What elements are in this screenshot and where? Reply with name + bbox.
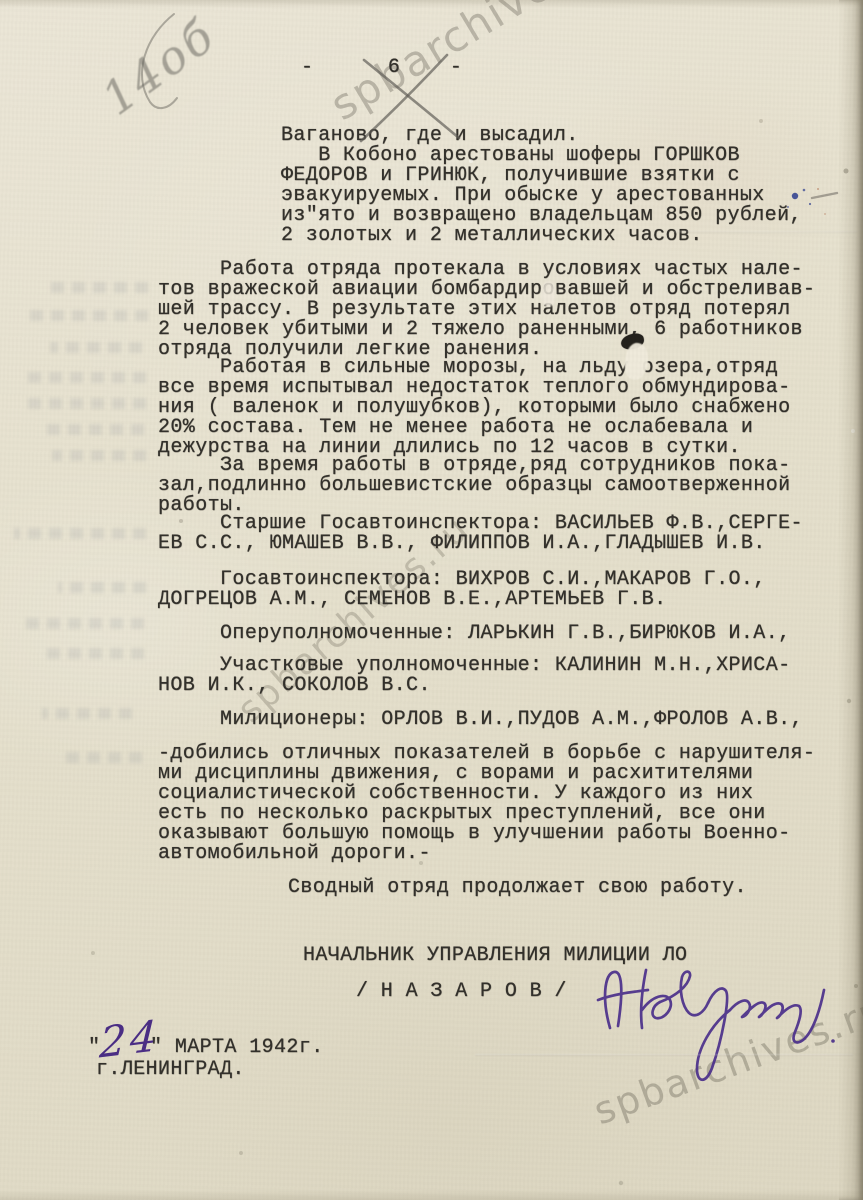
- page-bottom-edge: [0, 1190, 863, 1200]
- bleed-through-smudge: [20, 372, 146, 383]
- text-line: -добились отличных показателей в борьбе …: [158, 744, 815, 764]
- text-line: есть по несколько раскрытых преступлений…: [158, 804, 815, 824]
- text-line: В Кобоно арестованы шоферы ГОРШКОВ: [281, 146, 802, 166]
- text-line: Госавтоинспектора: ВИХРОВ С.И.,МАКАРОВ Г…: [158, 570, 766, 590]
- text-line: Оперуполномоченные: ЛАРЬКИН Г.В.,БИРЮКОВ…: [158, 624, 791, 644]
- text-line: Сводный отряд продолжает свою работу.: [288, 878, 747, 898]
- text-line: ФЕДОРОВ и ГРИНЮК, получившие взятки с: [281, 166, 802, 186]
- text-line: все время испытывал недостаток теплого о…: [158, 378, 791, 398]
- text-line: Работа отряда протекала в условиях часты…: [158, 260, 815, 280]
- signer-title-text: НАЧАЛЬНИК УПРАВЛЕНИЯ МИЛИЦИИ ЛО: [303, 946, 687, 966]
- bleed-through-smudge: [44, 648, 144, 659]
- text-line: Ваганово, где и высадил.: [281, 126, 802, 146]
- text-line: социалистической собственности. У каждог…: [158, 784, 815, 804]
- handwritten-day: 24: [98, 1011, 162, 1068]
- text-line: зал,подлинно большевистские образцы само…: [158, 476, 791, 496]
- bleed-through-smudge: [24, 618, 144, 629]
- pencil-dash: [812, 193, 837, 198]
- bleed-through-smudge: [14, 528, 146, 539]
- page-number-line: - 6 -: [301, 58, 462, 78]
- paragraph-closing: Сводный отряд продолжает свою работу.: [288, 878, 747, 898]
- paragraph-dedicated-work: За время работы в отряде,ряд сотрудников…: [158, 456, 791, 516]
- signer-name-text: / Н А З А Р О В /: [356, 982, 567, 1002]
- paragraph-inspectors: Госавтоинспектора: ВИХРОВ С.И.,МАКАРОВ Г…: [158, 570, 766, 610]
- paragraph-frost: Работая в сильные морозы, на льду озера,…: [158, 358, 791, 458]
- page-right-edge: [839, 0, 863, 1200]
- text-line: тов вражеской авиации бомбардировавшей и…: [158, 280, 815, 300]
- text-line: оказывают большую помощь в улучшении раб…: [158, 824, 815, 844]
- paragraph-results: -добились отличных показателей в борьбе …: [158, 744, 815, 864]
- signer-name-typed: / Н А З А Р О В /: [356, 982, 567, 1002]
- bleed-through-smudge: [48, 282, 148, 293]
- text-line: из"ято и возвращено владельцам 850 рубле…: [281, 206, 802, 226]
- text-line: ДОГРЕЦОВ А.М., СЕМЕНОВ В.Е.,АРТЕМЬЕВ Г.В…: [158, 590, 766, 610]
- text-line: НОВ И.К., СОКОЛОВ В.С.: [158, 676, 791, 696]
- text-line: 2 человек убитыми и 2 тяжело раненными, …: [158, 320, 815, 340]
- bleed-through-smudge: [58, 582, 146, 593]
- paragraph-operatives: Оперуполномоченные: ЛАРЬКИН Г.В.,БИРЮКОВ…: [158, 624, 791, 644]
- text-line: Участковые уполномоченные: КАЛИНИН М.Н.,…: [158, 656, 791, 676]
- text-line: эвакуируемых. При обыске у арестованных: [281, 186, 802, 206]
- text-line: автомобильной дороги.-: [158, 844, 815, 864]
- paragraph-senior-inspectors: Старшие Госавтоинспектора: ВАСИЛЬЕВ Ф.В.…: [158, 514, 803, 554]
- pencil-folio-note: 14об: [92, 8, 226, 126]
- paper-crease: [673, 231, 857, 233]
- signer-title: НАЧАЛЬНИК УПРАВЛЕНИЯ МИЛИЦИИ ЛО: [303, 946, 687, 966]
- paper-crease: [475, 1054, 853, 1056]
- faded-spot: [541, 281, 556, 307]
- bleed-through-smudge: [50, 342, 142, 353]
- paragraph-arrival: Ваганово, где и высадил. В Кобоно аресто…: [281, 126, 802, 246]
- text-line: 2 золотых и 2 металлических часов.: [281, 226, 802, 246]
- text-line: ния ( валенок и полушубков), которыми бы…: [158, 398, 791, 418]
- bleed-through-smudge: [42, 708, 132, 719]
- bleed-through-smudge: [30, 310, 148, 321]
- text-line: За время работы в отряде,ряд сотрудников…: [158, 456, 791, 476]
- text-line: шей трассу. В результате этих налетов от…: [158, 300, 815, 320]
- text-line: Работая в сильные морозы, на льду озера,…: [158, 358, 791, 378]
- paragraph-district-officers: Участковые уполномоченные: КАЛИНИН М.Н.,…: [158, 656, 791, 696]
- bleed-through-smudge: [26, 398, 146, 409]
- bleed-through-smudge: [52, 450, 146, 461]
- bleed-through-smudge: [58, 752, 142, 763]
- text-line: ми дисциплины движения, с ворами и расхи…: [158, 764, 815, 784]
- bleed-through-smudge: [40, 424, 144, 435]
- page-top-edge: [0, 0, 863, 8]
- text-line: 20% состава. Тем не менее работа не осла…: [158, 418, 791, 438]
- text-line: Старшие Госавтоинспектора: ВАСИЛЬЕВ Ф.В.…: [158, 514, 803, 534]
- text-line: Милиционеры: ОРЛОВ В.И.,ПУДОВ А.М.,ФРОЛО…: [158, 710, 803, 730]
- paragraph-raids: Работа отряда протекала в условиях часты…: [158, 260, 815, 360]
- text-line: ЕВ С.С., ЮМАШЕВ В.В., ФИЛИППОВ И.А.,ГЛАД…: [158, 534, 803, 554]
- paragraph-militiamen: Милиционеры: ОРЛОВ В.И.,ПУДОВ А.М.,ФРОЛО…: [158, 710, 803, 730]
- scanned-document-page: spbarchives.ru spbarchives.ru spbarchive…: [0, 0, 863, 1200]
- archive-watermark: spbarchives.ru: [588, 987, 863, 1133]
- page-number: - 6 -: [301, 58, 462, 78]
